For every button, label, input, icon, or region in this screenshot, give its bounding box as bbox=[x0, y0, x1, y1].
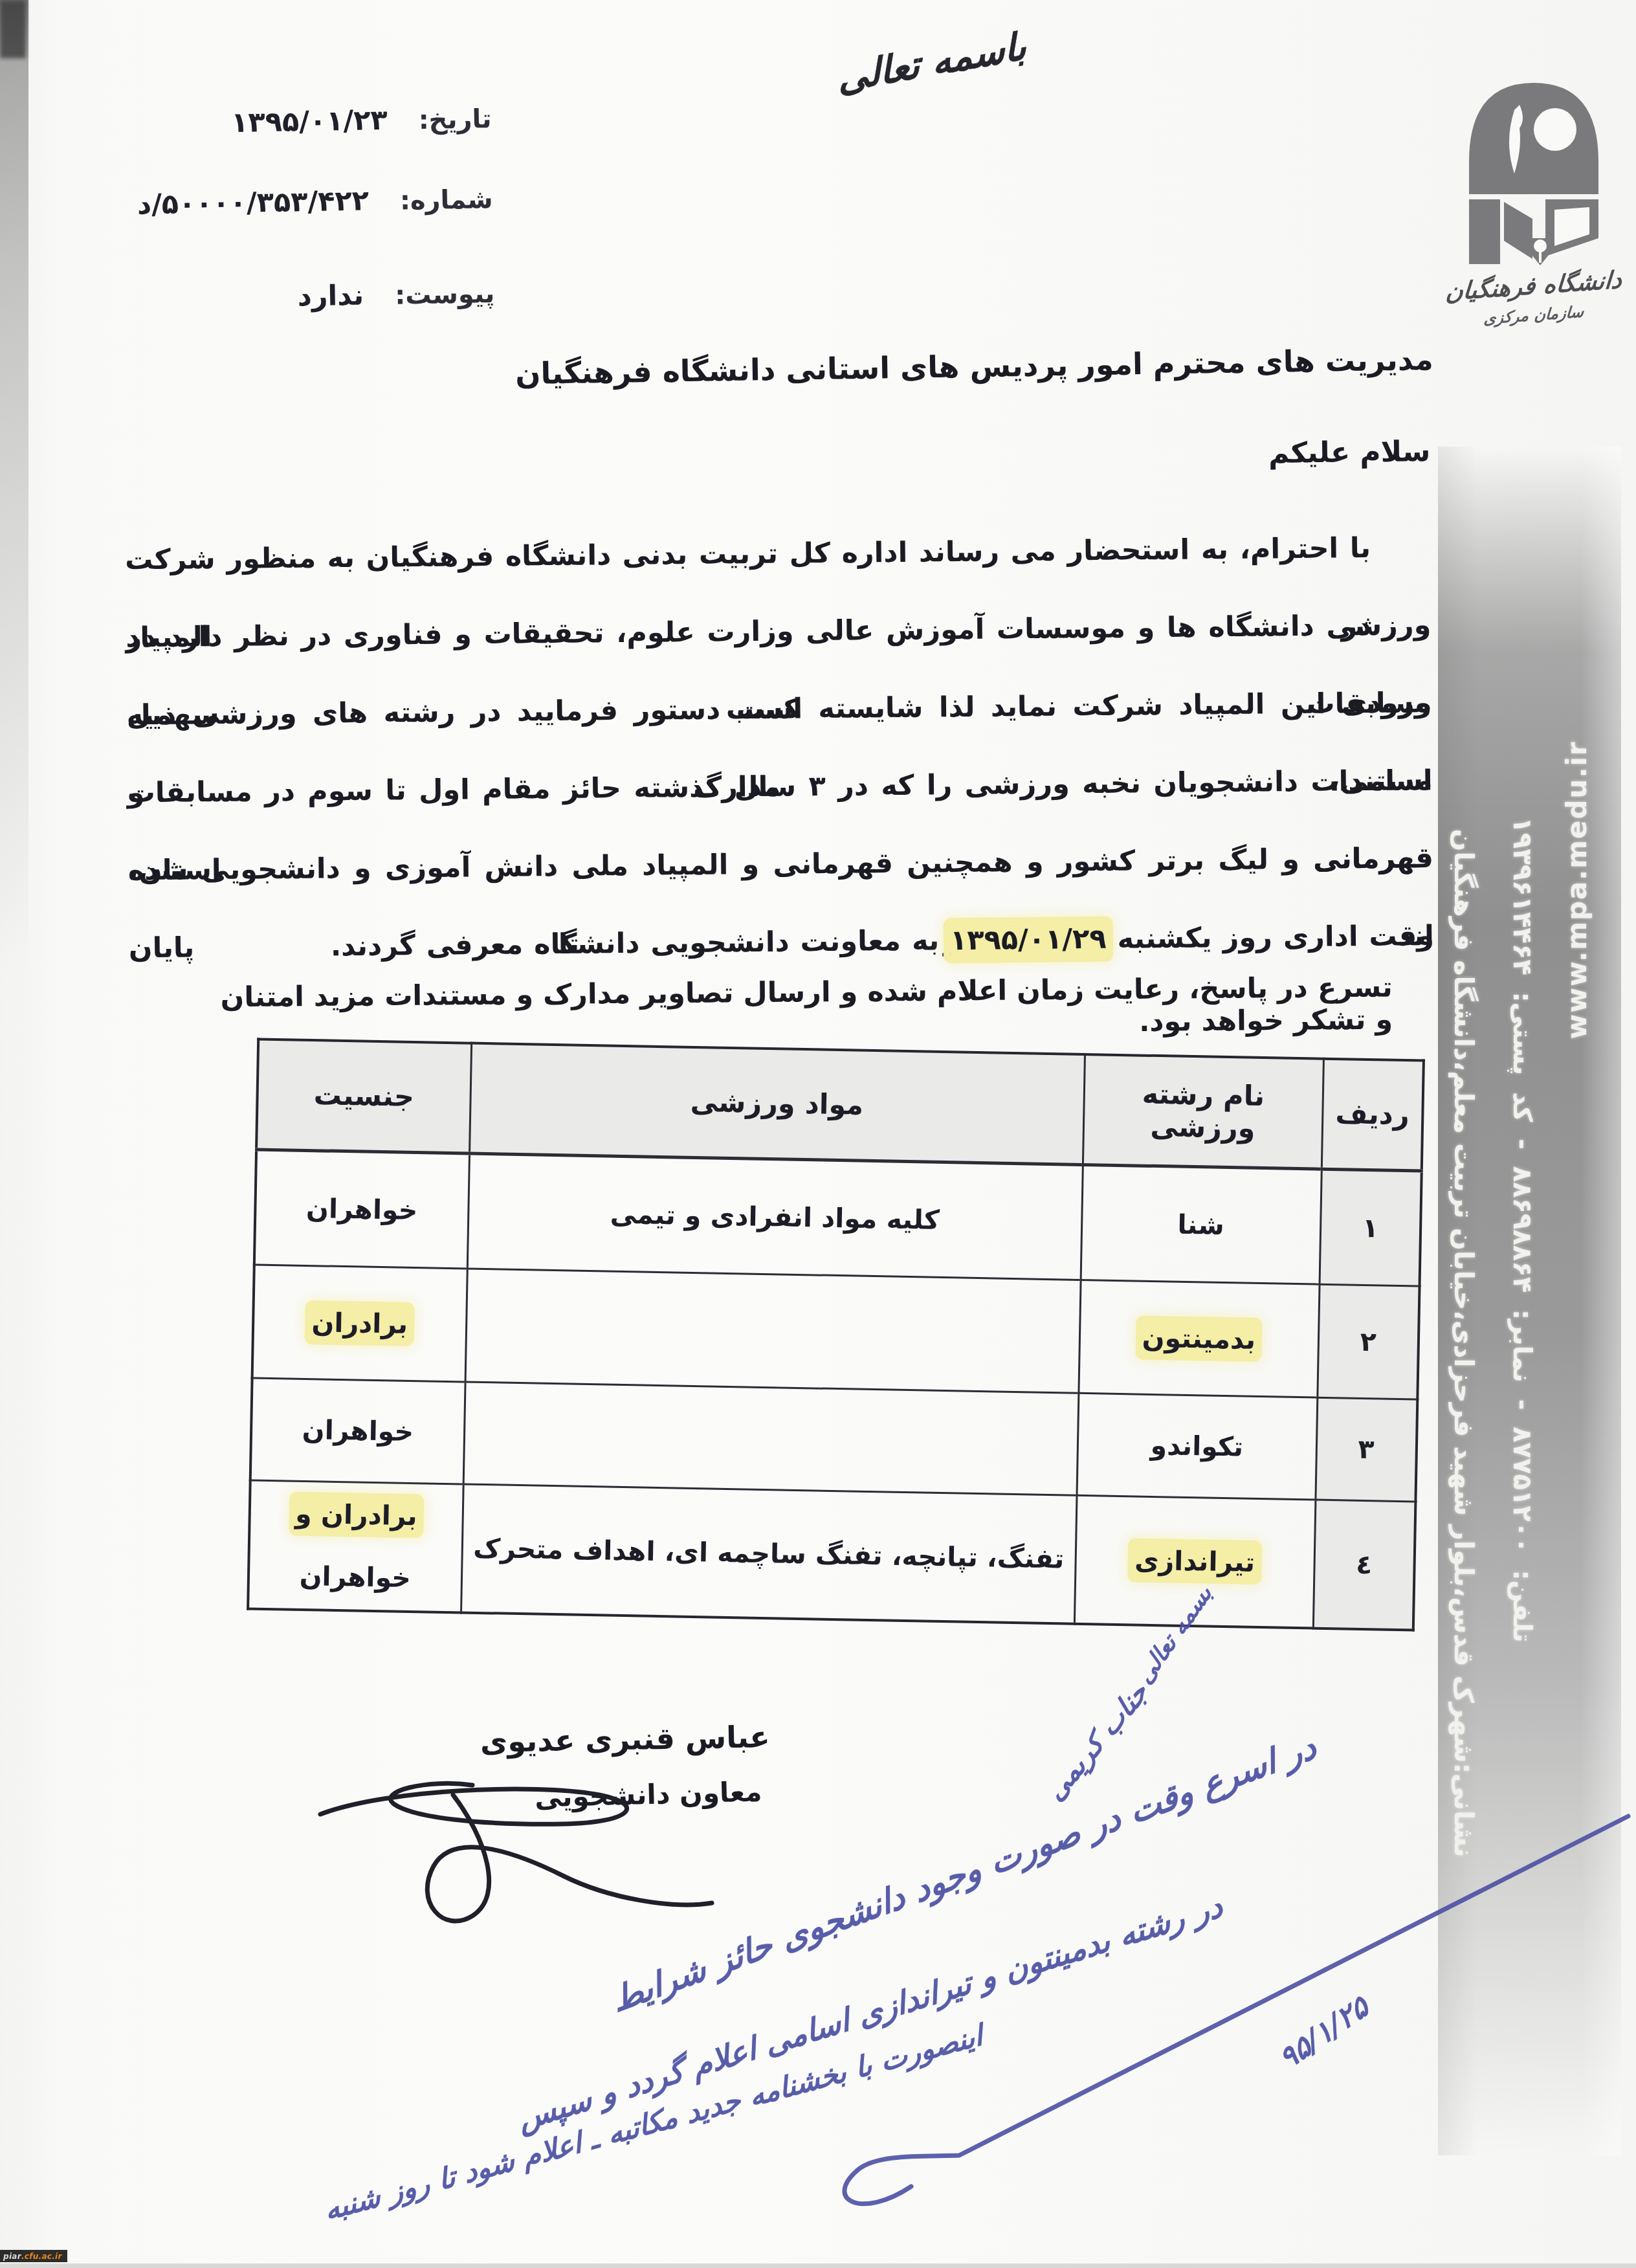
letter-paragraph: با احترام، به استحضار می رساند اداره کل … bbox=[125, 509, 1435, 987]
meta-number-row: شماره: ۵۰۰۰۰/۳۵۳/۴۲۲/د bbox=[213, 183, 493, 228]
paragraph-line: ورزشی دانشگاه ها و موسسات آموزش عالی وزا… bbox=[126, 586, 1431, 676]
deadline-date-highlighted: ۱۳۹۵/۰۱/۲۹ bbox=[950, 923, 1107, 957]
scanned-letter-page: نشانی:شهرک قدس،بلوار شهید فرحزادی،خیابان… bbox=[0, 0, 1636, 2268]
events-cell: کلیه مواد انفرادی و تیمی bbox=[467, 1153, 1083, 1280]
table-header-row: ردیف نام رشته ورزشی مواد ورزشی جنسیت bbox=[256, 1039, 1424, 1171]
deadline-prefix: وقت اداری روز یکشنبه bbox=[1106, 920, 1434, 955]
paragraph-line: با احترام، به استحضار می رساند اداره کل … bbox=[125, 509, 1431, 599]
gender-cell: خواهران bbox=[254, 1150, 469, 1269]
events-cell bbox=[465, 1269, 1081, 1393]
highlighted-sport: تیراندازی bbox=[1134, 1545, 1255, 1578]
header-row-number: ردیف bbox=[1321, 1059, 1424, 1171]
gender-cell: خواهران bbox=[250, 1377, 465, 1484]
attachment-value: ندارد bbox=[297, 280, 364, 313]
handwritten-date: ۹۵/۱/۲۵ bbox=[1273, 1988, 1373, 2077]
handwritten-salutation: جناب کریمی bbox=[1040, 1675, 1153, 1807]
number-value: ۵۰۰۰۰/۳۵۳/۴۲۲/د bbox=[137, 184, 370, 221]
central-organization-label: سازمان مرکزی bbox=[1444, 300, 1622, 330]
letterhead-phone: تلفن: ۸۷۷۵۱۲۰۰ - نمابر: ۸۸۶۹۸۸۶۴ - کد پس… bbox=[1507, 817, 1537, 1642]
gender-cell: برادران و خواهران bbox=[248, 1480, 463, 1612]
events-cell: تفنگ، تپانچه، تفنگ ساچمه ای، اهداف متحرک bbox=[461, 1484, 1076, 1623]
highlighted-sport: بدمینتون bbox=[1142, 1322, 1255, 1355]
table-row: ۲ بدمینتون برادران bbox=[252, 1265, 1420, 1399]
paragraph-line: مستندات دانشجویان نخبه ورزشی را که در ۳ … bbox=[127, 742, 1433, 832]
salutation: سلام علیکم bbox=[1268, 435, 1430, 470]
bismillah-calligraphy: باسمه تعالی bbox=[812, 19, 1051, 105]
highlighted-gender-part: برادران و bbox=[295, 1498, 417, 1531]
gender-part: خواهران bbox=[299, 1561, 411, 1594]
signature-scribble bbox=[259, 1740, 751, 1960]
watermark-badge: piar.cfu.ac.ir bbox=[0, 2250, 67, 2262]
row-number-cell: ۳ bbox=[1315, 1397, 1417, 1502]
table-row: ۱ شنا کلیه مواد انفرادی و تیمی خواهران bbox=[254, 1150, 1422, 1286]
row-number-cell: ۲ bbox=[1317, 1284, 1419, 1399]
date-value: ۱۳۹۵/۰۱/۲۳ bbox=[231, 104, 388, 139]
header-sport-name: نام رشته ورزشی bbox=[1083, 1054, 1323, 1169]
university-logo-block: دانشگاه فرهنگیان سازمان مرکزی bbox=[1445, 65, 1622, 324]
paragraph-line: ورودی این المپیاد شرکت نماید لذا شایسته … bbox=[126, 664, 1432, 754]
sports-disciplines-table: ردیف نام رشته ورزشی مواد ورزشی جنسیت ۱ ش… bbox=[247, 1038, 1425, 1632]
recipient-line: مدیریت های محترم امور پردیس های استانی د… bbox=[515, 342, 1433, 391]
scan-corner-artifact bbox=[0, 0, 26, 58]
closing-line: تسرع در پاسخ، رعایت زمان اعلام شده و ارس… bbox=[214, 971, 1431, 1046]
events-cell bbox=[463, 1382, 1079, 1495]
header-gender: جنسیت bbox=[256, 1039, 471, 1153]
university-name-calligraphy: دانشگاه فرهنگیان bbox=[1444, 265, 1623, 306]
highlighted-gender: برادران bbox=[311, 1307, 408, 1340]
number-label: شماره: bbox=[400, 184, 494, 216]
row-number-cell: ٤ bbox=[1313, 1500, 1416, 1630]
farhangian-university-logo-icon bbox=[1450, 65, 1618, 265]
table-row: ٤ تیراندازی تفنگ، تپانچه، تفنگ ساچمه ای،… bbox=[248, 1480, 1415, 1630]
row-number-cell: ۱ bbox=[1320, 1169, 1422, 1286]
sport-cell: بدمینتون bbox=[1078, 1280, 1319, 1397]
sport-cell: تکواندو bbox=[1077, 1393, 1318, 1500]
sport-cell: شنا bbox=[1081, 1164, 1321, 1284]
header-events: مواد ورزشی bbox=[469, 1043, 1085, 1164]
scan-edge-shadow bbox=[0, 0, 28, 971]
letter-meta: تاریخ: ۱۳۹۵/۰۱/۲۳ شماره: ۵۰۰۰۰/۳۵۳/۴۲۲/د… bbox=[212, 102, 495, 322]
gender-two-lines: برادران و خواهران bbox=[250, 1498, 462, 1595]
attachment-label: پیوست: bbox=[395, 279, 495, 311]
date-label: تاریخ: bbox=[418, 104, 492, 135]
gender-cell: برادران bbox=[252, 1265, 467, 1382]
deadline-suffix: به معاونت دانشجویی دانشگاه معرفی گردند. bbox=[331, 924, 951, 962]
meta-date-row: تاریخ: ۱۳۹۵/۰۱/۲۳ bbox=[212, 102, 492, 148]
watermark-prefix: piar bbox=[3, 2252, 21, 2261]
watermark-suffix: .cfu.ac.ir bbox=[21, 2252, 62, 2261]
scan-bottom-edge bbox=[0, 2263, 1636, 2268]
letterhead-address: نشانی:شهرک قدس،بلوار شهید فرحزادی،خیابان… bbox=[1448, 829, 1479, 1858]
handwritten-line: اینصورت با بخشنامه جدید مکاتبه ـ اعلام ش… bbox=[323, 2019, 985, 2228]
meta-attachment-row: پیوست: ندارد bbox=[215, 277, 495, 322]
paragraph-line: قهرمانی و لیگ برتر کشور و همچنین قهرمانی… bbox=[127, 819, 1433, 909]
letterhead-website: www.mpa.medu.ir bbox=[1561, 740, 1593, 1039]
